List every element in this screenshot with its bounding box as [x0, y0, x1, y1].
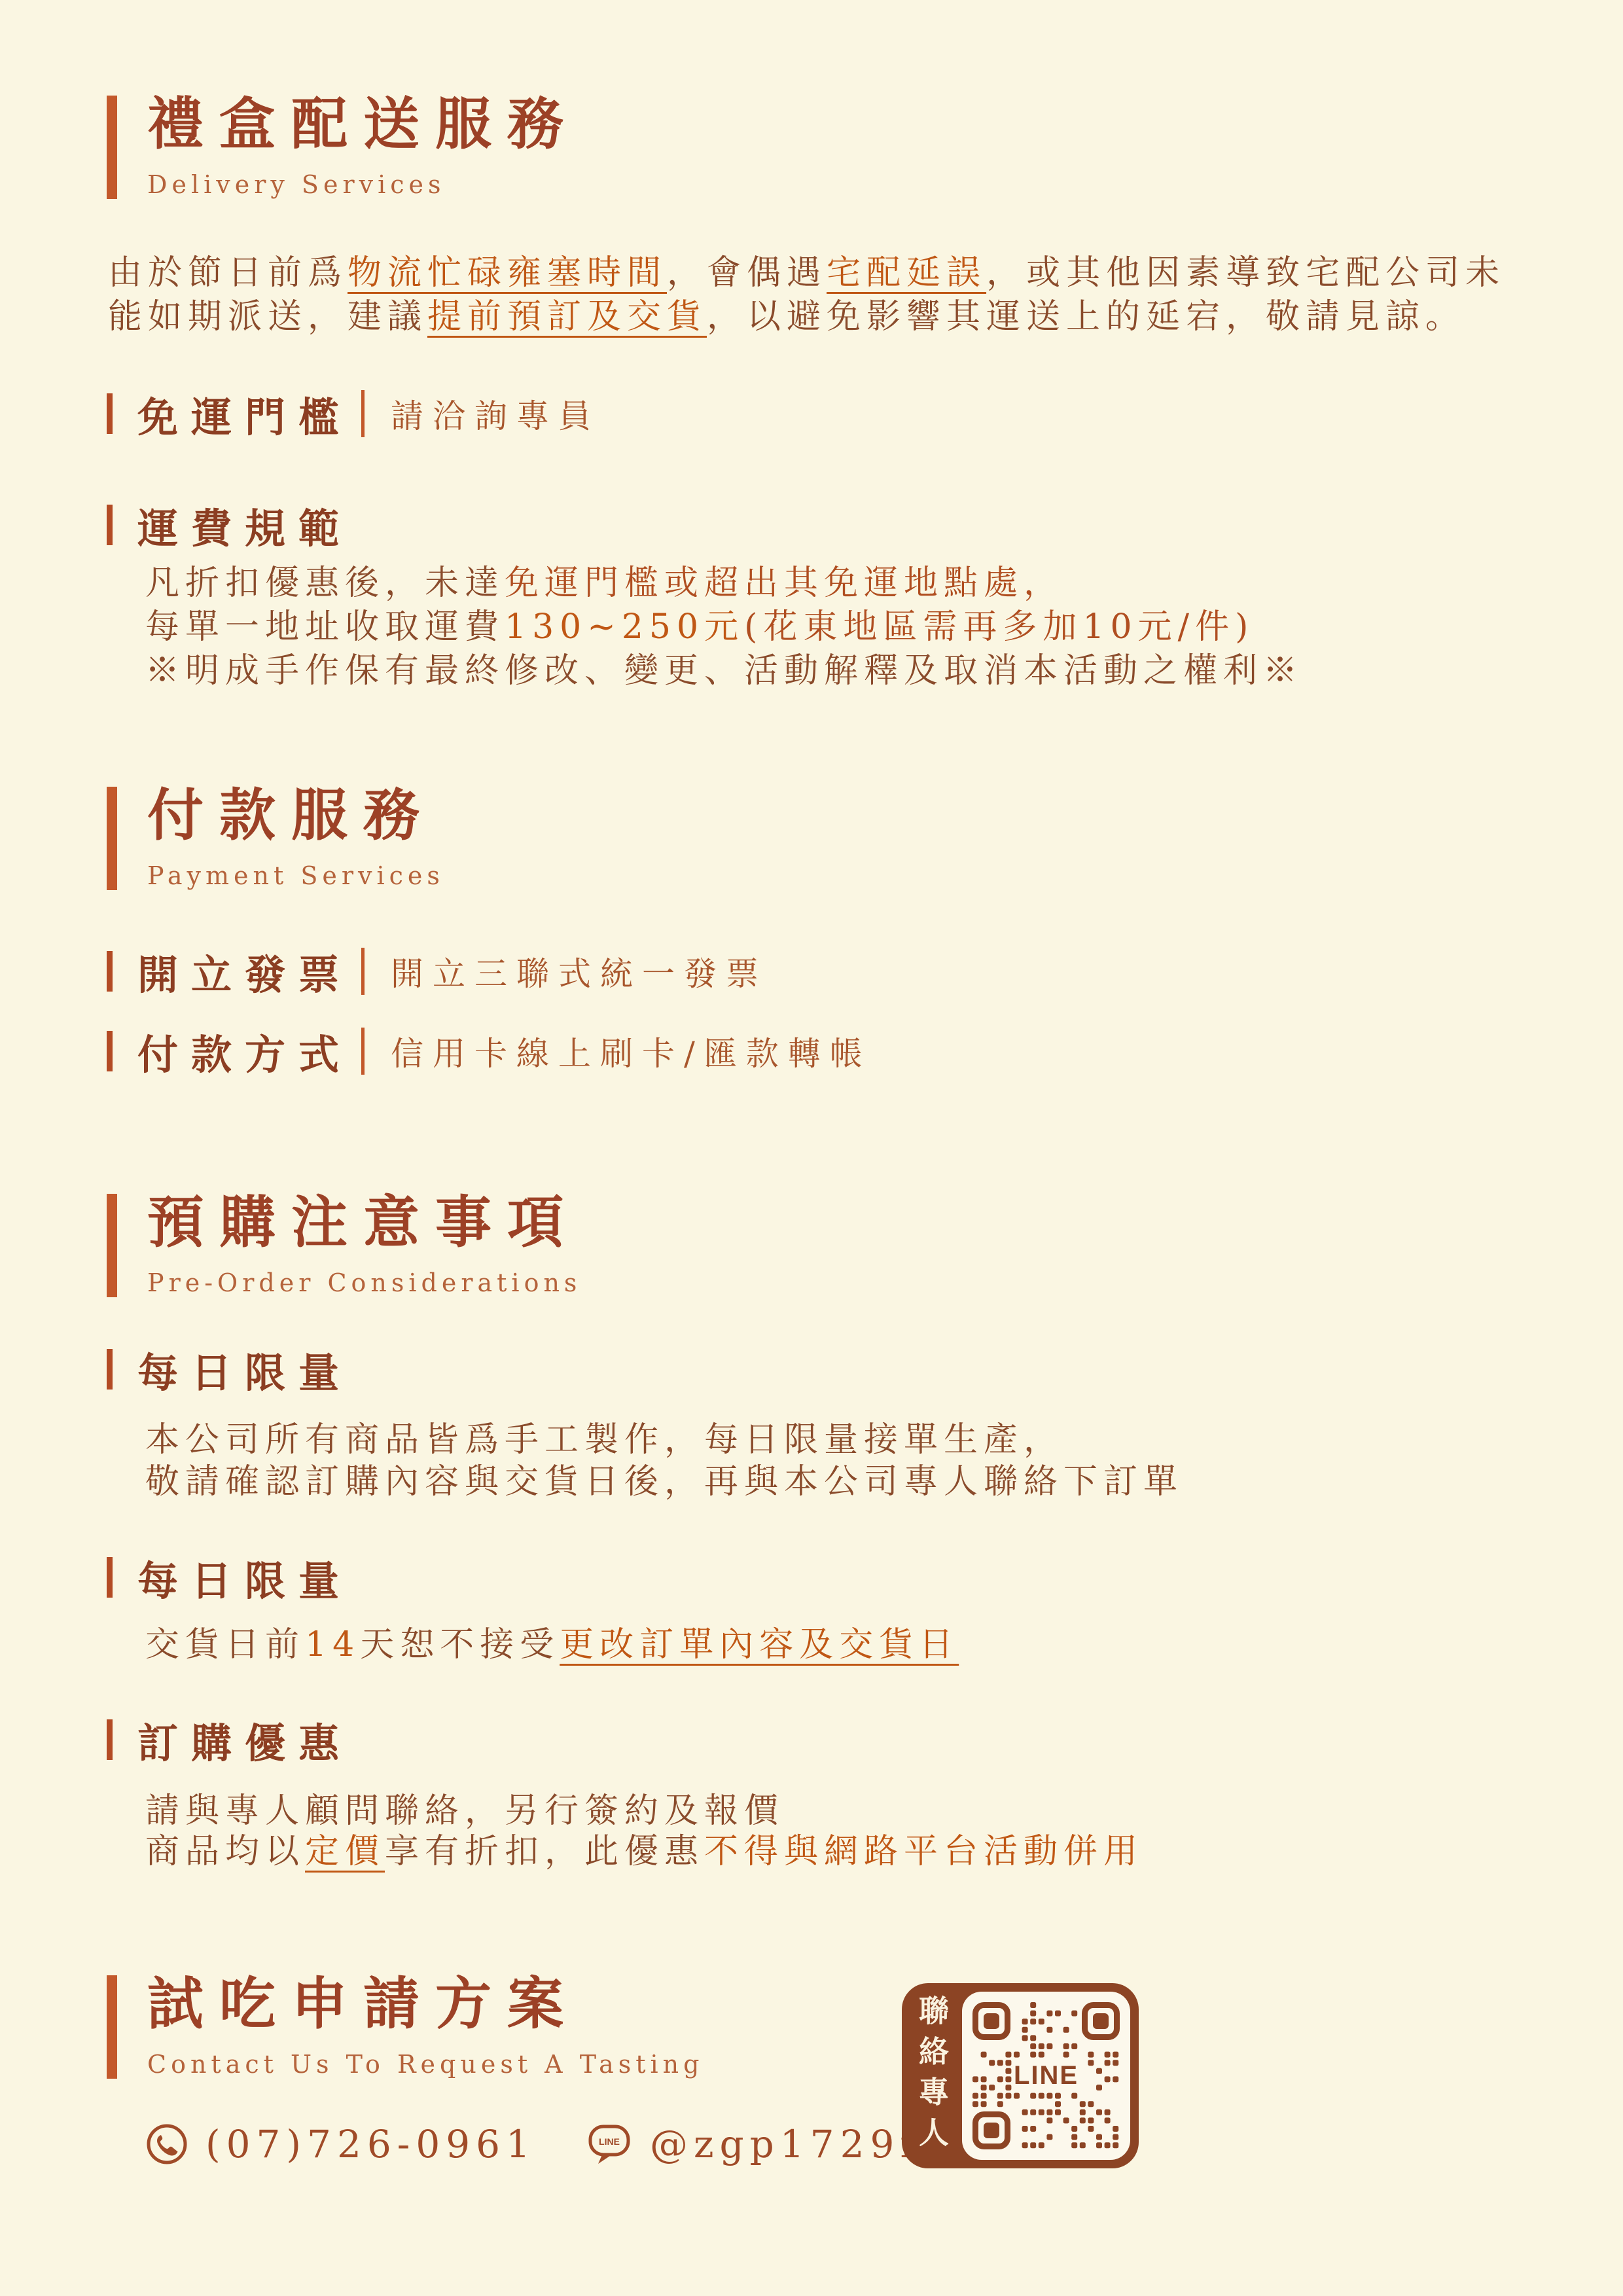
- divider: [361, 1028, 365, 1075]
- accent-bar: [107, 1975, 117, 2079]
- page-title-preorder: 預購注意事項: [147, 1194, 581, 1251]
- invoice-value: 開立三聯式統一發票: [391, 948, 768, 995]
- row-order-discount: 訂購優惠: [107, 1715, 352, 1765]
- page-subtitle-preorder: Pre-Order Considerations: [147, 1268, 581, 1297]
- accent-bar: [107, 1719, 113, 1760]
- accent-bar: [107, 96, 117, 199]
- daily-limit-1-body: 本公司所有商品皆爲手工製作，每日限量接單生產， 敬請確認訂購內容與交貨日後，再與…: [145, 1419, 1183, 1503]
- row-payment-method: 付款方式 信用卡線上刷卡/匯款轉帳: [107, 1026, 872, 1076]
- row-daily-limit-2: 每日限量: [107, 1552, 352, 1602]
- line-icon: LINE: [586, 2121, 633, 2168]
- accent-bar: [107, 1194, 117, 1297]
- free-shipping-value: 請洽詢專員: [391, 390, 600, 437]
- page-title-tasting: 試吃申請方案: [147, 1975, 704, 2033]
- order-discount-line2: 商品均以定價享有折扣，此優惠不得與網路平台活動併用: [145, 1831, 1143, 1872]
- accent-bar: [107, 787, 117, 890]
- svg-text:LINE: LINE: [599, 2136, 620, 2147]
- daily-limit-1-line2: 敬請確認訂購內容與交貨日後，再與本公司專人聯絡下訂單: [145, 1461, 1183, 1503]
- section-delivery-title: 禮盒配送服務 Delivery Services: [107, 96, 579, 199]
- shipping-rules-line1: 凡折扣優惠後，未達免運門檻或超出其免運地點處，: [145, 562, 1303, 605]
- section-preorder-title: 預購注意事項 Pre-Order Considerations: [107, 1194, 581, 1297]
- daily-limit-2-heading: 每日限量: [137, 1549, 352, 1607]
- page-subtitle-payment: Payment Services: [147, 861, 444, 890]
- delivery-intro: 由於節日前爲物流忙碌雍塞時間，會偶遇宅配延誤，或其他因素導致宅配公司未 能如期派…: [108, 251, 1505, 339]
- invoice-label: 開立發票: [137, 942, 352, 1001]
- accent-bar: [107, 951, 113, 992]
- page-title-delivery: 禮盒配送服務: [147, 96, 579, 153]
- row-shipping-rules: 運費規範: [107, 500, 352, 550]
- daily-limit-1-line1: 本公司所有商品皆爲手工製作，每日限量接單生產，: [145, 1419, 1183, 1461]
- divider: [361, 390, 365, 437]
- daily-limit-2-line1: 交貨日前14天恕不接受更改訂單內容及交貨日: [145, 1623, 959, 1667]
- page-subtitle-delivery: Delivery Services: [147, 170, 579, 199]
- payment-method-value: 信用卡線上刷卡/匯款轉帳: [391, 1028, 872, 1075]
- accent-bar: [107, 1557, 113, 1598]
- row-invoice: 開立發票 開立三聯式統一發票: [107, 946, 768, 996]
- order-discount-body: 請與專人顧問聯絡，另行簽約及報價 商品均以定價享有折扣，此優惠不得與網路平台活動…: [145, 1791, 1143, 1872]
- page-title-payment: 付款服務: [147, 787, 444, 844]
- page-subtitle-tasting: Contact Us To Request A Tasting: [147, 2050, 704, 2079]
- accent-bar: [107, 1031, 113, 1071]
- payment-method-label: 付款方式: [137, 1022, 352, 1081]
- accent-bar: [107, 1349, 113, 1390]
- shipping-rules-heading: 運費規範: [137, 496, 352, 554]
- order-discount-line1: 請與專人顧問聯絡，另行簽約及報價: [145, 1791, 1143, 1831]
- qr-side-label: 聯絡專人: [902, 1983, 962, 2168]
- accent-bar: [107, 505, 113, 545]
- row-free-shipping: 免運門檻 請洽詢專員: [107, 389, 600, 439]
- section-payment-title: 付款服務 Payment Services: [107, 787, 444, 890]
- divider: [361, 948, 365, 995]
- shipping-rules-body: 凡折扣優惠後，未達免運門檻或超出其免運地點處， 每單一地址收取運費130~250…: [145, 562, 1303, 693]
- order-discount-heading: 訂購優惠: [137, 1711, 352, 1769]
- daily-limit-2-body: 交貨日前14天恕不接受更改訂單內容及交貨日: [145, 1623, 959, 1667]
- free-shipping-label: 免運門檻: [137, 385, 352, 443]
- contact-row: (07)726-0961 LINE @zgp1729n: [145, 2121, 931, 2168]
- shipping-rules-line2: 每單一地址收取運費130~250元(花東地區需再多加10元/件): [145, 605, 1303, 649]
- phone-number: (07)726-0961: [205, 2122, 536, 2166]
- section-tasting-title: 試吃申請方案 Contact Us To Request A Tasting: [107, 1975, 704, 2079]
- phone-icon: [145, 2123, 188, 2166]
- line-id: @zgp1729n: [650, 2122, 931, 2166]
- line-qr-card: 聯絡專人 LINE: [902, 1983, 1139, 2168]
- delivery-intro-line1: 由於節日前爲物流忙碌雍塞時間，會偶遇宅配延誤，或其他因素導致宅配公司未: [108, 251, 1505, 295]
- qr-code: LINE: [962, 1992, 1130, 2160]
- row-daily-limit-1: 每日限量: [107, 1344, 352, 1394]
- delivery-intro-line2: 能如期派送，建議提前預訂及交貨，以避免影響其運送上的延宕，敬請見諒。: [108, 295, 1505, 339]
- shipping-rules-line3: ※明成手作保有最終修改、變更、活動解釋及取消本活動之權利※: [145, 649, 1303, 693]
- qr-center-label: LINE: [962, 1992, 1130, 2160]
- flyer-page: 禮盒配送服務 Delivery Services 由於節日前爲物流忙碌雍塞時間，…: [0, 0, 1623, 2296]
- daily-limit-1-heading: 每日限量: [137, 1340, 352, 1399]
- accent-bar: [107, 393, 113, 434]
